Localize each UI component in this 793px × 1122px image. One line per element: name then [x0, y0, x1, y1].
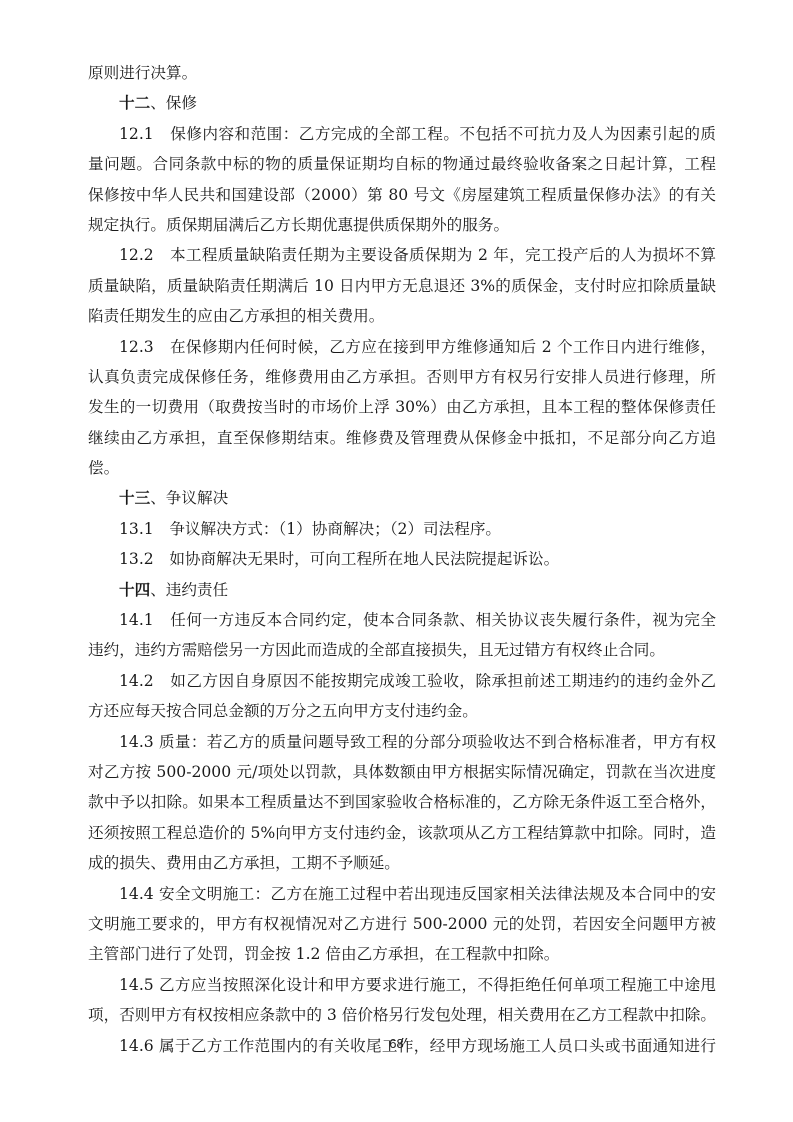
- clause-14-4-line: 14.4 安全文明施工：乙方在施工过程中若出现违反国家相关法律法规及本合同中的安: [88, 879, 716, 909]
- section-number: 十二: [119, 94, 150, 112]
- section-title: 、争议解决: [150, 489, 228, 507]
- text-line: 规定执行。质保期届满后乙方长期优惠提供质保期外的服务。: [88, 210, 716, 240]
- text-line: 原则进行决算。: [88, 58, 716, 88]
- document-page: 原则进行决算。 十二、保修 12.1 保修内容和范围：乙方完成的全部工程。不包括…: [88, 58, 716, 1061]
- clause-12-1-line: 12.1 保修内容和范围：乙方完成的全部工程。不包括不可抗力及人为因素引起的质: [88, 119, 716, 149]
- text-line: 继续由乙方承担，直至保修期结束。维修费及管理费从保修金中抵扣，不足部分向乙方追: [88, 423, 716, 453]
- text-line: 保修按中华人民共和国建设部（2000）第 80 号文《房屋建筑工程质量保修办法》…: [88, 180, 716, 210]
- clause-14-2-line: 14.2 如乙方因自身原因不能按期完成竣工验收，除承担前述工期违约的违约金外乙: [88, 666, 716, 696]
- text-line: 发生的一切费用（取费按当时的市场价上浮 30%）由乙方承担，且本工程的整体保修责…: [88, 392, 716, 422]
- text-line: 项，否则甲方有权按相应条款中的 3 倍价格另行发包处理，相关费用在乙方工程款中扣…: [88, 1000, 716, 1030]
- text-line: 量问题。合同条款中标的物的质量保证期均自标的物通过最终验收备案之日起计算，工程: [88, 149, 716, 179]
- text-line: 主管部门进行了处罚，罚金按 1.2 倍由乙方承担，在工程款中扣除。: [88, 939, 716, 969]
- text-line: 偿。: [88, 453, 716, 483]
- text-line: 对乙方按 500-2000 元/项处以罚款，具体数额由甲方根据实际情况确定，罚款…: [88, 757, 716, 787]
- text-line: 款中予以扣除。如果本工程质量达不到国家验收合格标准的，乙方除无条件返工至合格外，: [88, 787, 716, 817]
- section-heading-14: 十四、违约责任: [88, 575, 716, 605]
- text-line: 陷责任期发生的应由乙方承担的相关费用。: [88, 301, 716, 331]
- section-heading-12: 十二、保修: [88, 88, 716, 118]
- text-line: 成的损失、费用由乙方承担，工期不予顺延。: [88, 848, 716, 878]
- text-line: 违约，违约方需赔偿另一方因此而造成的全部直接损失，且无过错方有权终止合同。: [88, 635, 716, 665]
- clause-13-1-line: 13.1 争议解决方式：（1）协商解决；（2）司法程序。: [88, 514, 716, 544]
- page-number: 68: [0, 1036, 793, 1051]
- section-number: 十四: [119, 581, 150, 599]
- text-line: 认真负责完成保修任务，维修费用由乙方承担。否则甲方有权另行安排人员进行修理，所: [88, 362, 716, 392]
- section-title: 、保修: [150, 94, 197, 112]
- clause-14-1-line: 14.1 任何一方违反本合同约定，使本合同条款、相关协议丧失履行条件，视为完全: [88, 605, 716, 635]
- section-number: 十三: [119, 489, 150, 507]
- clause-14-5-line: 14.5 乙方应当按照深化设计和甲方要求进行施工，不得拒绝任何单项工程施工中途甩: [88, 970, 716, 1000]
- text-line: 质量缺陷，质量缺陷责任期满后 10 日内甲方无息退还 3%的质保金，支付时应扣除…: [88, 271, 716, 301]
- text-line: 方还应每天按合同总金额的万分之五向甲方支付违约金。: [88, 696, 716, 726]
- section-title: 、违约责任: [150, 581, 228, 599]
- clause-12-2-line: 12.2 本工程质量缺陷责任期为主要设备质保期为 2 年，完工投产后的人为损坏不…: [88, 240, 716, 270]
- clause-12-3-line: 12.3 在保修期内任何时候，乙方应在接到甲方维修通知后 2 个工作日内进行维修…: [88, 332, 716, 362]
- section-heading-13: 十三、争议解决: [88, 483, 716, 513]
- clause-14-3-line: 14.3 质量：若乙方的质量问题导致工程的分部分项验收达不到合格标准者，甲方有权: [88, 727, 716, 757]
- clause-13-2-line: 13.2 如协商解决无果时，可向工程所在地人民法院提起诉讼。: [88, 544, 716, 574]
- text-line: 文明施工要求的，甲方有权视情况对乙方进行 500-2000 元的处罚，若因安全问…: [88, 909, 716, 939]
- text-line: 还须按照工程总造价的 5%向甲方支付违约金，该款项从乙方工程结算款中扣除。同时，…: [88, 818, 716, 848]
